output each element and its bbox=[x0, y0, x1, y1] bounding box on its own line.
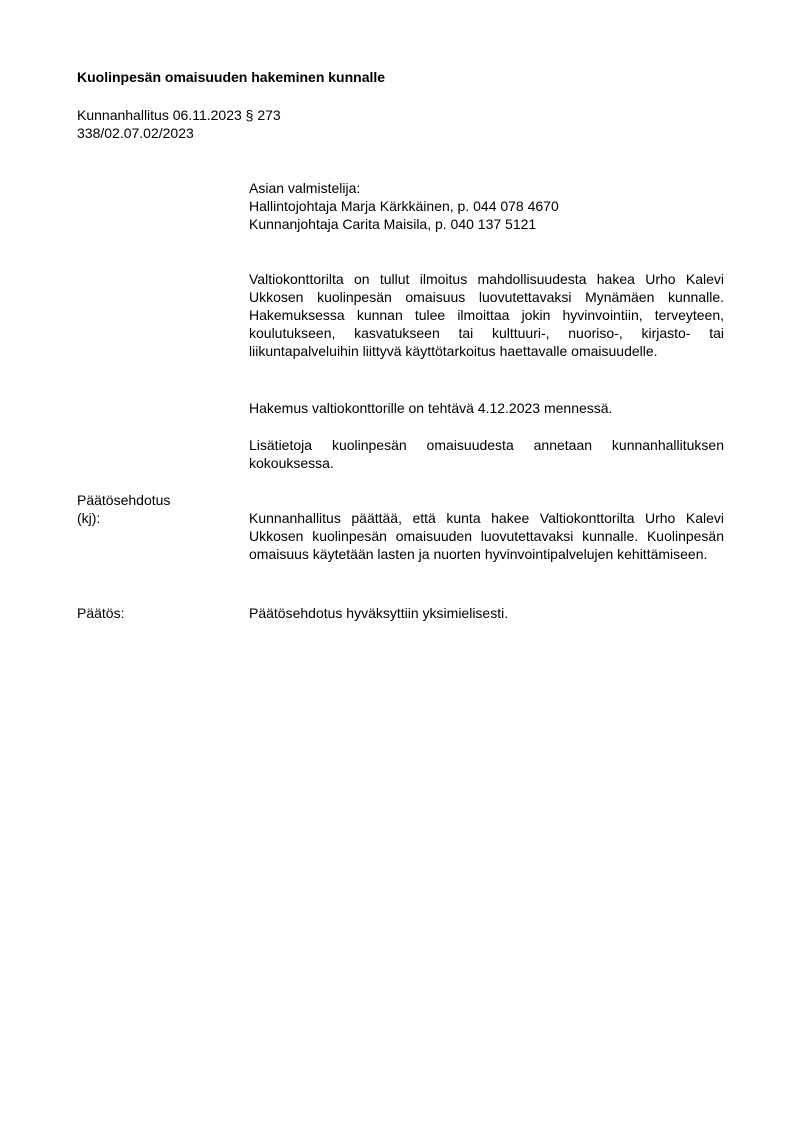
document-title: Kuolinpesän omaisuuden hakeminen kunnall… bbox=[77, 68, 385, 86]
preparers-block: Asian valmistelija: Hallintojohtaja Marj… bbox=[249, 179, 724, 233]
preparers-heading: Asian valmistelija: bbox=[249, 179, 724, 197]
deadline-paragraph: Hakemus valtiokonttorille on tehtävä 4.1… bbox=[249, 399, 724, 417]
more-info-paragraph: Lisätietoja kuolinpesän omaisuudesta ann… bbox=[249, 436, 724, 472]
proposal-label-line1: Päätösehdotus bbox=[77, 491, 170, 509]
intro-paragraph: Valtiokonttorilta on tullut ilmoitus mah… bbox=[249, 270, 724, 360]
decision-label: Päätös: bbox=[77, 604, 124, 622]
proposal-label: Päätösehdotus (kj): bbox=[77, 491, 170, 527]
preparer-2: Kunnanjohtaja Carita Maisila, p. 040 137… bbox=[249, 215, 724, 233]
proposal-label-line2: (kj): bbox=[77, 509, 170, 527]
decision-text: Päätösehdotus hyväksyttiin yksimielisest… bbox=[249, 604, 724, 622]
meeting-info: Kunnanhallitus 06.11.2023 § 273 338/02.0… bbox=[77, 106, 281, 142]
meeting-date-section: Kunnanhallitus 06.11.2023 § 273 bbox=[77, 106, 281, 124]
proposal-text: Kunnanhallitus päättää, että kunta hakee… bbox=[249, 509, 724, 563]
case-number: 338/02.07.02/2023 bbox=[77, 124, 281, 142]
preparer-1: Hallintojohtaja Marja Kärkkäinen, p. 044… bbox=[249, 197, 724, 215]
document-page: Kuolinpesän omaisuuden hakeminen kunnall… bbox=[0, 0, 794, 1122]
